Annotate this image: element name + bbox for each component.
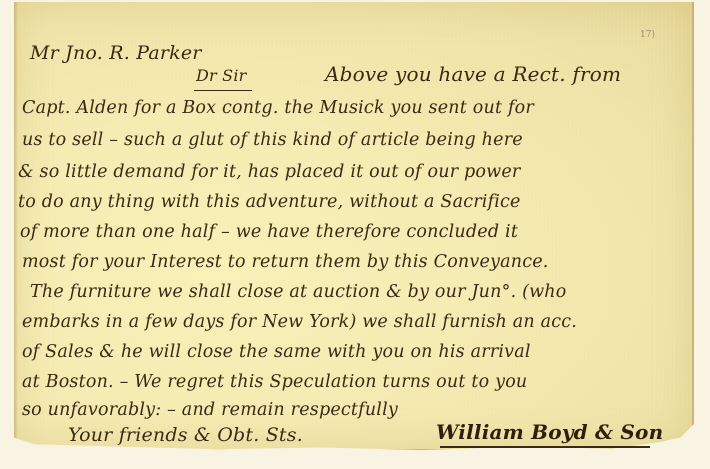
letter-line-1: Above you have a Rect. from — [325, 62, 621, 86]
letter-line-7: most for your Interest to return them by… — [22, 252, 549, 272]
letter-line-8: The furniture we shall close at auction … — [30, 282, 567, 302]
letter-line-3: us to sell – such a glut of this kind of… — [22, 130, 523, 150]
salutation-underline — [194, 90, 252, 91]
addressee: Mr Jno. R. Parker — [30, 42, 202, 64]
letter-line-11: at Boston. – We regret this Speculation … — [22, 372, 527, 392]
letter-line-9: embarks in a few days for New York) we s… — [22, 312, 577, 332]
letter-line-2: Capt. Alden for a Box contg. the Musick … — [22, 98, 534, 118]
letter-line-5: to do any thing with this adventure, wit… — [18, 192, 521, 212]
folio-mark: 17) — [640, 30, 655, 40]
letter-line-4: & so little demand for it, has placed it… — [18, 162, 520, 182]
signature: William Boyd & Son — [436, 420, 663, 444]
letter-line-12: so unfavorably: – and remain respectfull… — [22, 400, 398, 420]
closing: Your friends & Obt. Sts. — [68, 424, 303, 446]
signature-flourish — [440, 446, 650, 448]
document-page: 17) Mr Jno. R. Parker Dr Sir Above you h… — [0, 0, 710, 469]
salutation: Dr Sir — [196, 66, 247, 85]
letter-line-6: of more than one half – we have therefor… — [20, 222, 518, 242]
letter-line-10: of Sales & he will close the same with y… — [22, 342, 531, 362]
